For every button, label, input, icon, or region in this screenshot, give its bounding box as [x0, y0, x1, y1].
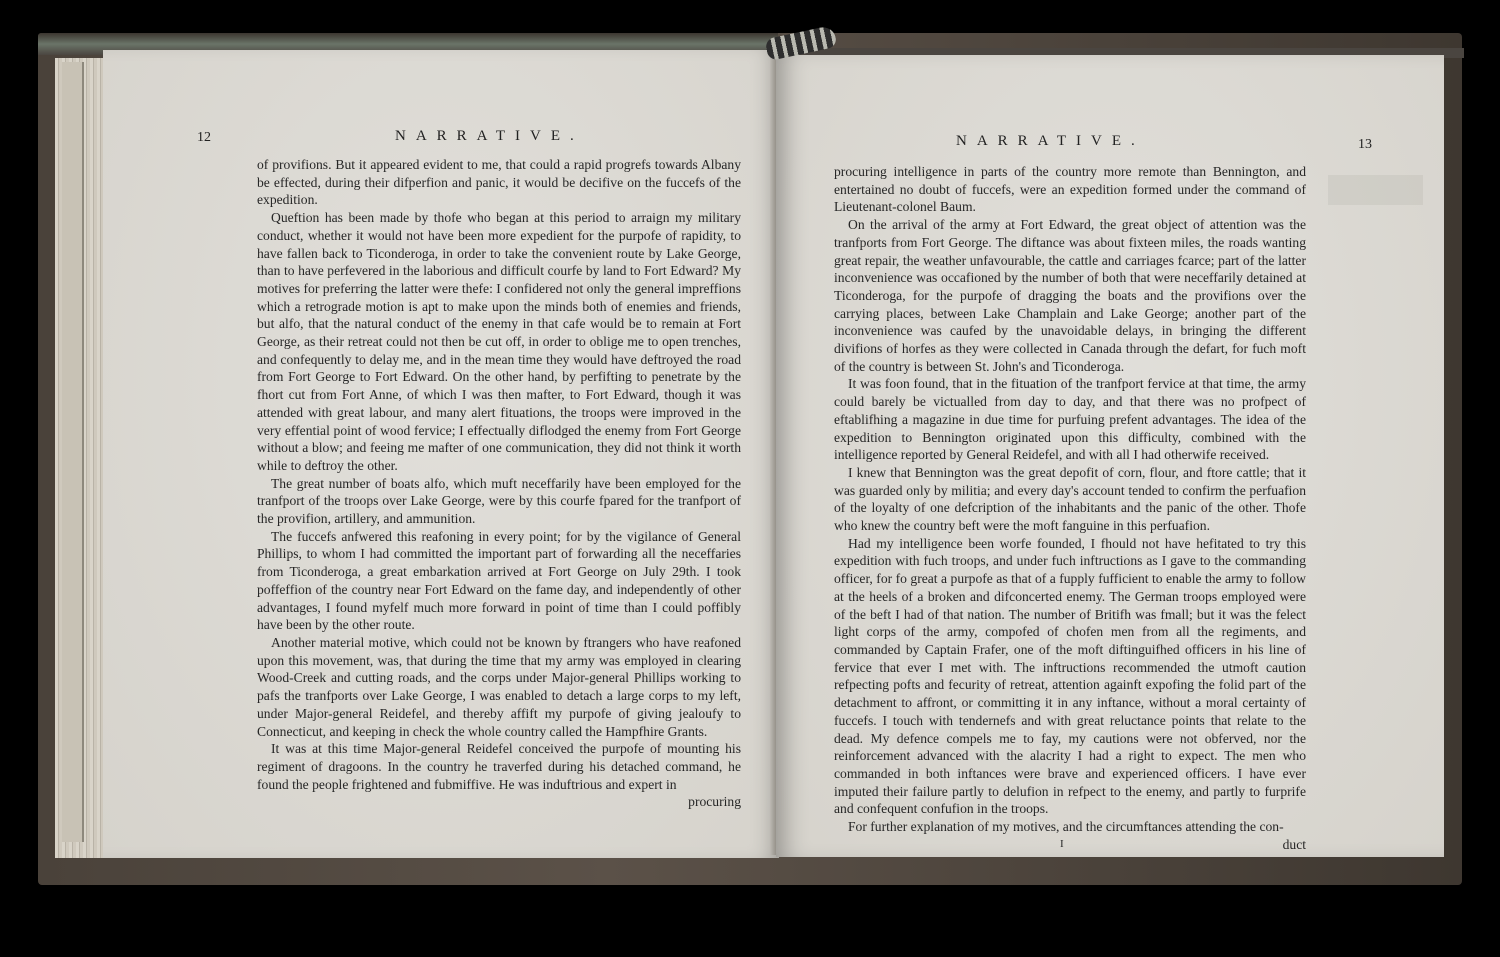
left-page-body: of provifions. But it appeared evident t… [257, 156, 741, 811]
paragraph: Had my intelligence been worfe founded, … [834, 535, 1306, 818]
paragraph: On the arrival of the army at Fort Edwar… [834, 216, 1306, 375]
paragraph: I knew that Bennington was the great dep… [834, 464, 1306, 535]
paragraph: of provifions. But it appeared evident t… [257, 156, 741, 209]
paragraph: For further explanation of my motives, a… [834, 818, 1306, 836]
page-footer: I duct [834, 836, 1306, 854]
signature-mark: I [1060, 836, 1064, 854]
page-stack-inner-edge [62, 62, 84, 842]
running-head: NARRATIVE. [395, 128, 584, 145]
page-number: 13 [1358, 137, 1372, 153]
paragraph: The fuccefs anfwered this reafoning in e… [257, 528, 741, 634]
paragraph: Queftion has been made by thofe who bega… [257, 209, 741, 475]
left-page-header: 12 NARRATIVE. [103, 128, 779, 152]
catchword: procuring [257, 793, 741, 811]
paragraph: The great number of boats alfo, which mu… [257, 475, 741, 528]
catchword: duct [1283, 836, 1306, 854]
paragraph: procuring intelligence in parts of the c… [834, 163, 1306, 216]
paragraph: It was foon found, that in the fituation… [834, 375, 1306, 464]
page-number: 12 [197, 130, 211, 146]
show-through-ghost [1328, 175, 1423, 205]
left-page: 12 NARRATIVE. of provifions. But it appe… [103, 50, 779, 858]
right-page-header: NARRATIVE. 13 [776, 133, 1444, 157]
right-page: NARRATIVE. 13 procuring intelligence in … [776, 55, 1444, 857]
paragraph: Another material motive, which could not… [257, 634, 741, 740]
running-head: NARRATIVE. [956, 133, 1145, 150]
right-page-body: procuring intelligence in parts of the c… [834, 163, 1306, 854]
paragraph: It was at this time Major-general Reidef… [257, 740, 741, 793]
